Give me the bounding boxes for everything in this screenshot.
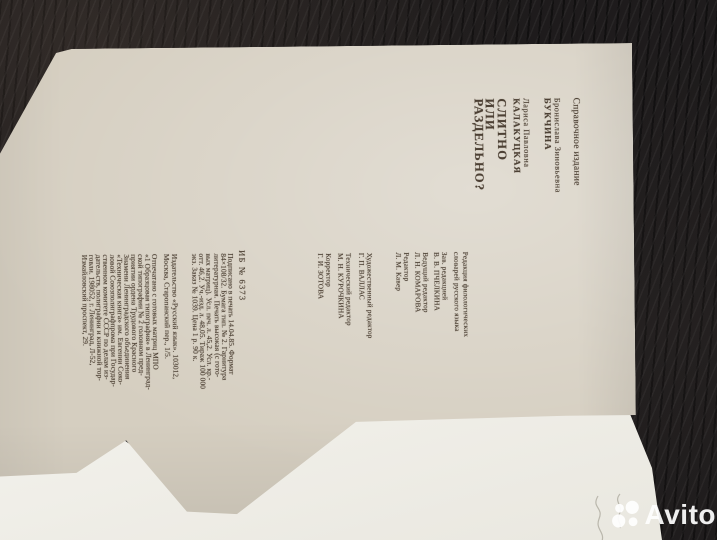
print-details: Подписано в печать 14.04.85. Формат84×10… [191,253,236,389]
author-second-name-line: Лариса Павловна [522,98,532,168]
author-second-name: Лариса Павловна [522,98,532,168]
editorial-office-line: Редакция филологических [461,252,470,337]
tech-editor: Технический редакторМ. Н. КУРОЧКИНА [336,253,353,326]
printing-house: Отпечатано с готовых матриц МПО«1 Образц… [81,254,160,391]
proofreader: КорректорГ. И. ЗОТОВА [316,253,333,299]
edition-type: Справочное издание [570,98,582,186]
art-editor-line: Художественный редактор [365,253,374,339]
book-title-line: СЛИТНО [495,98,507,191]
tech-editor-line: М. Н. КУРОЧКИНА [336,253,345,326]
proofreader-line: Г. И. ЗОТОВА [316,253,325,299]
lead-editor-line: Ведущий редактор [421,252,430,313]
author-first-surname-line: БУКЧИНА [543,98,554,151]
publisher-address: Издательство «Русский язык». 103012,Моск… [163,254,179,379]
author-first-surname: БУКЧИНА [543,98,554,151]
author-second-surname-line: КАЛАКУЦКАЯ [512,98,523,174]
editor-line: Редактор [402,252,411,291]
avito-watermark-label: Avito [645,499,716,531]
edition-type-line: Справочное издание [570,98,582,186]
lead-editor: Ведущий редакторЛ. Н. КОМАРОВА [413,252,430,313]
ib-number-line: ИБ № 6373 [237,250,248,301]
photo-frame: Справочное изданиеБронислава ЗиновьевнаБ… [0,0,717,540]
ib-number: ИБ № 6373 [237,250,248,301]
publisher-address-line: Издательство «Русский язык». 103012, [171,254,180,379]
tech-editor-line: Технический редактор [344,253,353,326]
book-title-line: РАЗДЕЛЬНО? [472,99,484,192]
managing-editor-line: Зав. редакцией [440,252,449,311]
lead-editor-line: Л. Н. КОМАРОВА [413,252,422,313]
proofreader-line: Корректор [324,253,333,299]
managing-editor: Зав. редакциейВ. В. ПЧЕЛКИНА [432,252,449,311]
avito-watermark: Avito [606,492,716,538]
author-first-name-line: Бронислава Зиновьевна [553,98,563,193]
author-first-name: Бронислава Зиновьевна [553,98,563,193]
art-editor-line: Г. П. ВАЛЛАС [357,253,366,339]
avito-logo-icon [606,496,642,534]
editor: РедакторЛ. М. Кавер [394,252,411,291]
printing-house-line: Измайловский проспект, 29. [81,255,89,391]
editorial-office-line: словарей русского языка [452,252,461,337]
art-editor: Художественный редакторГ. П. ВАЛЛАС [357,253,374,339]
editor-line: Л. М. Кавер [394,252,403,291]
book-title: СЛИТНОИЛИРАЗДЕЛЬНО? [472,98,507,191]
editorial-office: Редакция филологическихсловарей русского… [452,252,470,338]
managing-editor-line: В. В. ПЧЕЛКИНА [432,252,441,311]
author-second-surname: КАЛАКУЦКАЯ [512,98,523,174]
